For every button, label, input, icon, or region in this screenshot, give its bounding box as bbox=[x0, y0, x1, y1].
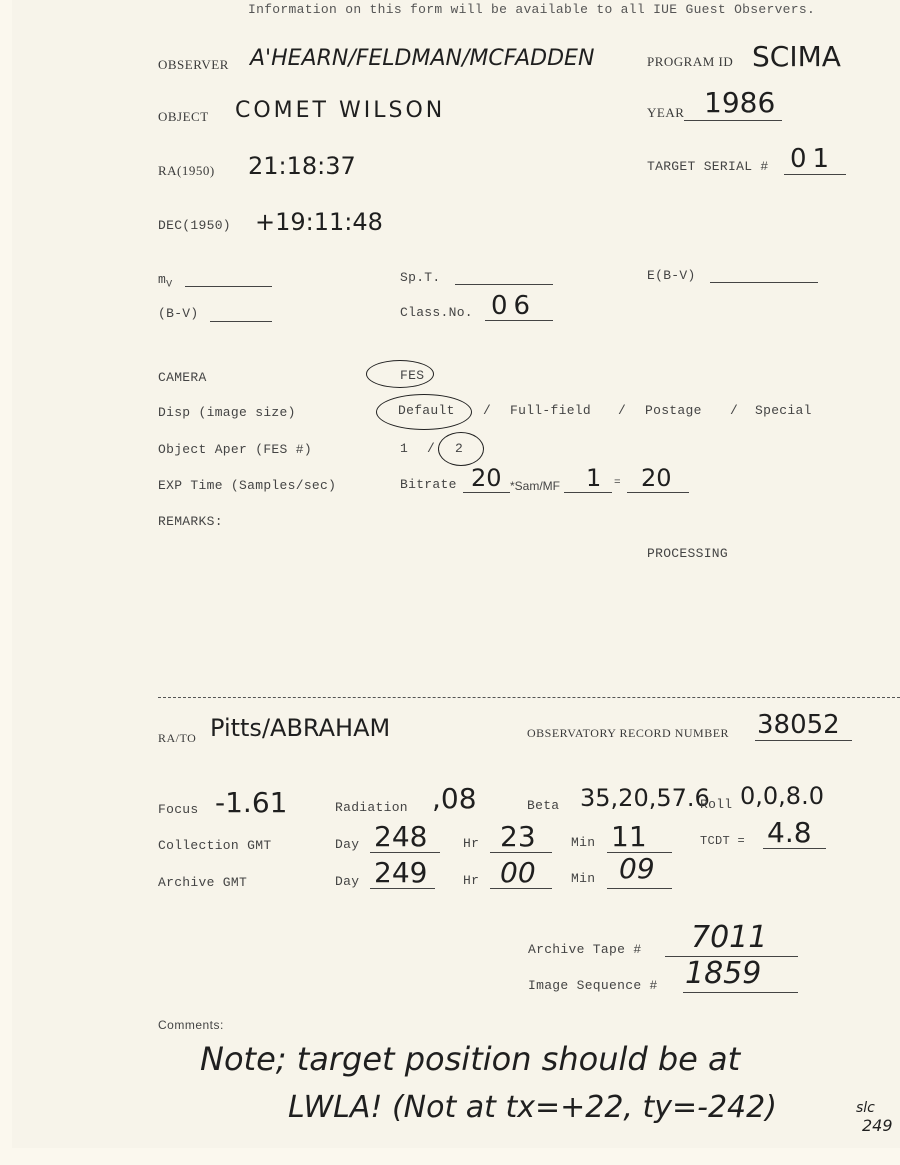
aper-selection-circle bbox=[438, 432, 484, 466]
sam-mf-value: 1 bbox=[586, 464, 601, 492]
dec-label: DEC(1950) bbox=[158, 218, 231, 233]
form-notice: Information on this form will be availab… bbox=[248, 2, 815, 17]
collection-min-label: Min bbox=[571, 835, 595, 850]
program-id-value[interactable]: SCIMA bbox=[752, 40, 841, 73]
image-sequence-value: 1859 bbox=[685, 956, 761, 991]
ebv-field[interactable] bbox=[710, 282, 818, 283]
archive-hr-value: 00 bbox=[500, 856, 536, 889]
collection-hr-label: Hr bbox=[463, 836, 479, 851]
collection-hr-field[interactable]: 23 bbox=[490, 826, 552, 853]
target-serial-value: 01 bbox=[790, 144, 835, 174]
disp-option-special[interactable]: Special bbox=[755, 403, 812, 418]
archive-hr-field[interactable]: 00 bbox=[490, 862, 552, 889]
comments-label: Comments: bbox=[158, 1018, 224, 1032]
comments-line-1[interactable]: Note; target position should be at bbox=[200, 1040, 740, 1078]
collection-day-field[interactable]: 248 bbox=[370, 826, 440, 853]
focus-value[interactable]: -1.61 bbox=[215, 786, 287, 819]
beta-value[interactable]: 35,20,57.6 bbox=[580, 784, 710, 812]
collection-min-field[interactable]: 11 bbox=[607, 826, 672, 853]
collection-hr-value: 23 bbox=[500, 820, 536, 853]
mv-field[interactable] bbox=[185, 286, 272, 287]
bv-field[interactable] bbox=[210, 321, 272, 322]
collection-day-label: Day bbox=[335, 837, 359, 852]
bitrate-field[interactable]: 20 bbox=[463, 470, 510, 493]
exp-label: EXP Time (Samples/sec) bbox=[158, 478, 336, 493]
aper-option-1[interactable]: 1 bbox=[400, 441, 408, 456]
tcdt-label: TCDT = bbox=[700, 834, 745, 848]
tcdt-field[interactable]: 4.8 bbox=[763, 822, 826, 849]
record-number-label: OBSERVATORY RECORD NUMBER bbox=[527, 726, 729, 741]
class-no-value: 06 bbox=[491, 291, 536, 321]
separator: / bbox=[730, 403, 738, 418]
roll-value[interactable]: 0,0,8.0 bbox=[740, 782, 824, 810]
observer-label: OBSERVER bbox=[158, 57, 229, 73]
separator: / bbox=[618, 403, 626, 418]
sam-mf-field[interactable]: 1 bbox=[564, 470, 612, 493]
mv-label: mV bbox=[158, 272, 172, 291]
archive-min-value: 09 bbox=[619, 852, 655, 885]
year-field[interactable]: 1986 bbox=[684, 88, 782, 121]
ra-value[interactable]: 21:18:37 bbox=[248, 152, 356, 180]
radiation-label: Radiation bbox=[335, 800, 408, 815]
archive-gmt-label: Archive GMT bbox=[158, 875, 247, 890]
exp-result-value: 20 bbox=[641, 464, 672, 492]
record-number-field[interactable]: 38052 bbox=[755, 716, 852, 741]
archive-day-value: 249 bbox=[374, 856, 427, 889]
class-no-label: Class.No. bbox=[400, 305, 473, 320]
archive-day-label: Day bbox=[335, 874, 359, 889]
radiation-value[interactable]: ,08 bbox=[432, 782, 477, 815]
archive-min-label: Min bbox=[571, 871, 595, 886]
archive-tape-label: Archive Tape # bbox=[528, 942, 641, 957]
disp-option-postage[interactable]: Postage bbox=[645, 403, 702, 418]
archive-day-field[interactable]: 249 bbox=[370, 862, 435, 889]
focus-label: Focus bbox=[158, 802, 199, 817]
spt-label: Sp.T. bbox=[400, 270, 441, 285]
processing-label: PROCESSING bbox=[647, 546, 728, 561]
year-label: YEAR bbox=[647, 105, 684, 121]
archive-min-field[interactable]: 09 bbox=[607, 862, 672, 889]
image-sequence-field[interactable]: 1859 bbox=[683, 964, 798, 993]
comments-line-2[interactable]: LWLA! (Not at tx=+22, ty=-242) bbox=[288, 1090, 777, 1125]
object-value[interactable]: COMET WILSON bbox=[235, 98, 445, 123]
record-number-value: 38052 bbox=[757, 710, 840, 740]
archive-hr-label: Hr bbox=[463, 873, 479, 888]
rato-value[interactable]: Pitts/ABRAHAM bbox=[210, 714, 390, 742]
separator: / bbox=[427, 441, 435, 456]
collection-gmt-label: Collection GMT bbox=[158, 838, 271, 853]
collection-min-value: 11 bbox=[611, 820, 647, 853]
object-label: OBJECT bbox=[158, 109, 209, 125]
ra-label: RA(1950) bbox=[158, 163, 215, 179]
class-no-field[interactable]: 06 bbox=[485, 295, 553, 321]
collection-day-value: 248 bbox=[374, 820, 427, 853]
remarks-label: REMARKS: bbox=[158, 514, 223, 529]
dec-value[interactable]: +19:11:48 bbox=[255, 208, 383, 236]
tcdt-value: 4.8 bbox=[767, 816, 812, 849]
ebv-label: E(B-V) bbox=[647, 268, 696, 283]
bitrate-value: 20 bbox=[471, 464, 502, 492]
program-id-label: PROGRAM ID bbox=[647, 54, 733, 70]
exp-result-field[interactable]: 20 bbox=[627, 470, 689, 493]
spt-field[interactable] bbox=[455, 284, 553, 285]
margin-note-1: slc bbox=[856, 1100, 875, 1116]
camera-label: CAMERA bbox=[158, 370, 207, 385]
separator: / bbox=[483, 403, 491, 418]
section-divider bbox=[158, 697, 900, 698]
camera-selection-circle bbox=[366, 360, 434, 388]
observer-value[interactable]: A'HEARN/FELDMAN/MCFADDEN bbox=[250, 46, 594, 71]
target-serial-label: TARGET SERIAL # bbox=[647, 159, 769, 174]
archive-tape-value: 7011 bbox=[691, 920, 767, 955]
rato-label: RA/TO bbox=[158, 731, 196, 746]
aper-label: Object Aper (FES #) bbox=[158, 442, 312, 457]
disp-option-full-field[interactable]: Full-field bbox=[510, 403, 591, 418]
equals-sign: = bbox=[614, 477, 621, 489]
year-value: 1986 bbox=[704, 86, 775, 119]
disp-label: Disp (image size) bbox=[158, 405, 296, 420]
roll-label: Roll bbox=[700, 797, 732, 812]
bv-label: (B-V) bbox=[158, 306, 199, 321]
bitrate-label: Bitrate bbox=[400, 477, 457, 492]
margin-note-2: 249 bbox=[862, 1116, 893, 1135]
sam-mf-label: *Sam/MF bbox=[510, 479, 560, 493]
target-serial-field[interactable]: 01 bbox=[784, 148, 846, 175]
disp-selection-circle bbox=[376, 394, 472, 430]
beta-label: Beta bbox=[527, 798, 559, 813]
image-sequence-label: Image Sequence # bbox=[528, 978, 658, 993]
archive-tape-field[interactable]: 7011 bbox=[665, 928, 798, 957]
